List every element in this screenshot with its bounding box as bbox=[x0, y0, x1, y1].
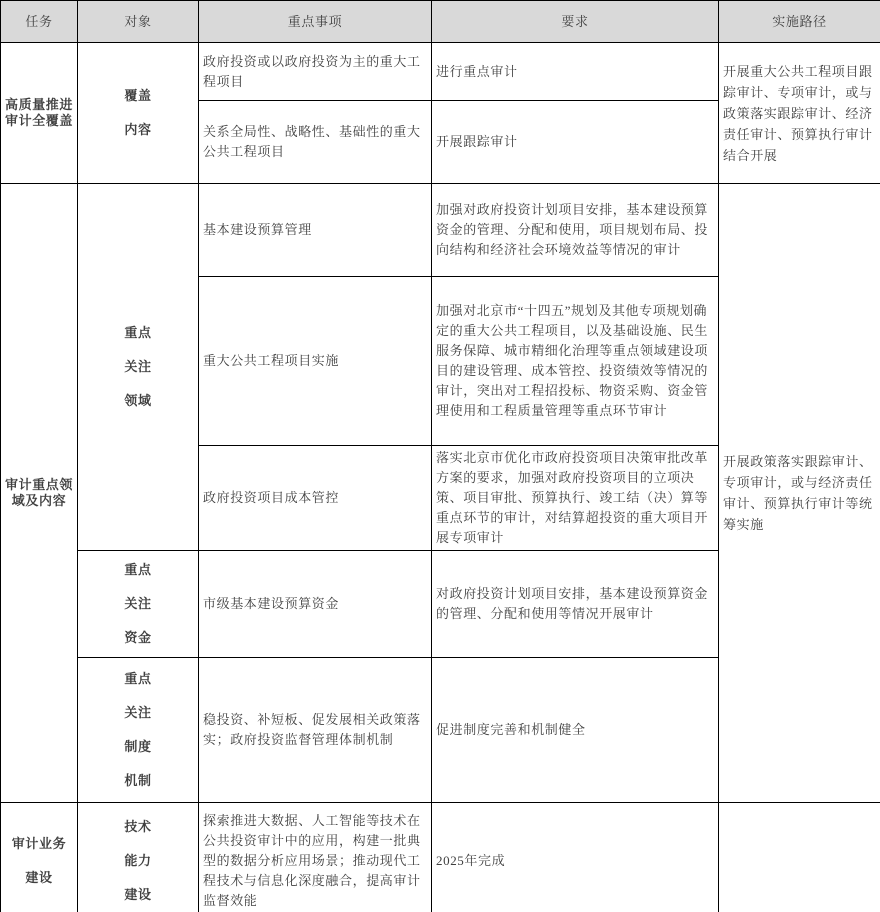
item-cell-s2r2: 重大公共工程项目实施 bbox=[199, 277, 432, 446]
header-cell-object: 对象 bbox=[78, 1, 199, 43]
task-cell-audit-business: 审计业务 建设 bbox=[1, 803, 78, 912]
path-cell-section1: 开展重大公共工程项目跟踪审计、专项审计，或与政策落实跟踪审计、经济责任审计、预算… bbox=[719, 43, 880, 184]
table-row-s1r1: 高质量推进审计全覆盖 覆盖 内容 政府投资或以政府投资为主的重大工程项目 进行重… bbox=[1, 43, 880, 101]
header-cell-implementation-path: 实施路径 bbox=[719, 1, 880, 43]
object-cell-tech-capability: 技术 能力 建设 bbox=[78, 803, 199, 912]
path-cell-section2: 开展政策落实跟踪审计、专项审计，或与经济责任审计、预算执行审计等统筹实施 bbox=[719, 184, 880, 803]
header-cell-requirements: 要求 bbox=[432, 1, 719, 43]
item-cell-s1r2: 关系全局性、战略性、基础性的重大公共工程项目 bbox=[199, 101, 432, 184]
item-cell-s2r1: 基本建设预算管理 bbox=[199, 184, 432, 277]
req-cell-s2r3: 落实北京市优化市政府投资项目决策审批改革方案的要求，加强对政府投资项目的立项决策… bbox=[432, 446, 719, 551]
req-cell-s1r1: 进行重点审计 bbox=[432, 43, 719, 101]
req-cell-s3r1: 2025年完成 bbox=[432, 803, 719, 912]
task-cell-key-areas: 审计重点领域及内容 bbox=[1, 184, 78, 803]
item-cell-s3r1: 探索推进大数据、人工智能等技术在公共投资审计中的应用，构建一批典型的数据分析应用… bbox=[199, 803, 432, 912]
header-cell-key-items: 重点事项 bbox=[199, 1, 432, 43]
req-cell-s1r2: 开展跟踪审计 bbox=[432, 101, 719, 184]
req-cell-s2r1: 加强对政府投资计划项目安排，基本建设预算资金的管理、分配和使用，项目规划布局、投… bbox=[432, 184, 719, 277]
item-cell-s2r4: 市级基本建设预算资金 bbox=[199, 551, 432, 658]
item-cell-s1r1: 政府投资或以政府投资为主的重大工程项目 bbox=[199, 43, 432, 101]
req-cell-s2r4: 对政府投资计划项目安排，基本建设预算资金的管理、分配和使用等情况开展审计 bbox=[432, 551, 719, 658]
path-cell-section3 bbox=[719, 803, 880, 912]
req-cell-s2r2: 加强对北京市“十四五”规划及其他专项规划确定的重大公共工程项目，以及基础设施、民… bbox=[432, 277, 719, 446]
task-cell-full-coverage: 高质量推进审计全覆盖 bbox=[1, 43, 78, 184]
audit-focus-table: 任务 对象 重点事项 要求 实施路径 高质量推进审计全覆盖 覆盖 内容 政府投资… bbox=[0, 0, 880, 912]
item-cell-s2r3: 政府投资项目成本管控 bbox=[199, 446, 432, 551]
header-row: 任务 对象 重点事项 要求 实施路径 bbox=[1, 1, 880, 43]
header-cell-task: 任务 bbox=[1, 1, 78, 43]
object-cell-key-funds: 重点 关注 资金 bbox=[78, 551, 199, 658]
object-cell-key-fields: 重点 关注 领域 bbox=[78, 184, 199, 551]
req-cell-s2r5: 促进制度完善和机制健全 bbox=[432, 658, 719, 803]
table-row-s2r1: 审计重点领域及内容 重点 关注 领域 基本建设预算管理 加强对政府投资计划项目安… bbox=[1, 184, 880, 277]
object-cell-coverage-content: 覆盖 内容 bbox=[78, 43, 199, 184]
table-row-s3r1: 审计业务 建设 技术 能力 建设 探索推进大数据、人工智能等技术在公共投资审计中… bbox=[1, 803, 880, 912]
object-cell-key-institutions: 重点 关注 制度 机制 bbox=[78, 658, 199, 803]
item-cell-s2r5: 稳投资、补短板、促发展相关政策落实；政府投资监督管理体制机制 bbox=[199, 658, 432, 803]
